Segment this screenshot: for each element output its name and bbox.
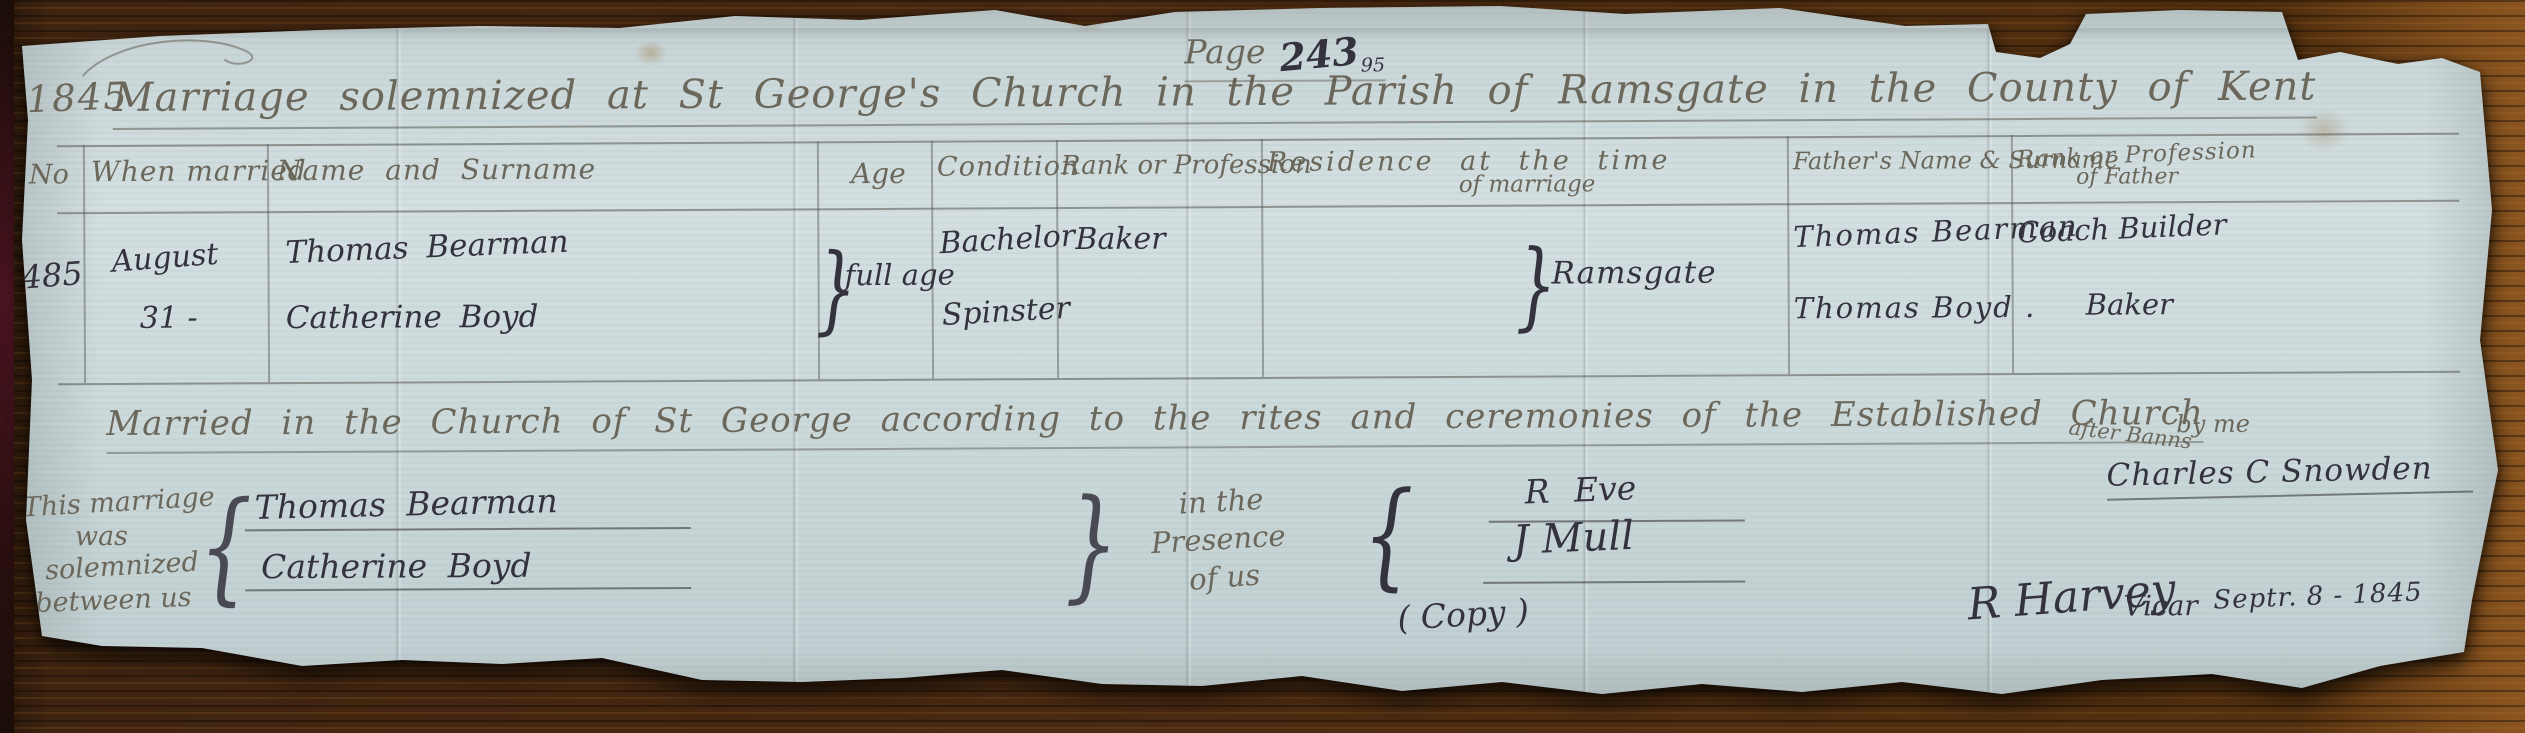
father-rank-bride: Baker: [2086, 289, 2173, 321]
bride-name: Catherine Boyd: [286, 300, 539, 335]
column-header-father-rank: Rank or Profession of Father: [2017, 143, 2237, 191]
witness2-signature: J Mull: [1512, 514, 1635, 563]
page-label: Page: [1184, 34, 1265, 71]
page-number-suffix: 95: [1361, 55, 1385, 76]
entry-number: 485: [20, 256, 84, 296]
signature-line: [245, 587, 691, 591]
age-value: full age: [844, 260, 954, 292]
copy-date: Septr. 8 - 1845: [2213, 578, 2423, 615]
attestation-label-line3: solemnized: [44, 548, 199, 586]
paper-sheet: 1845 Marriage solemnized at St George's …: [0, 0, 2525, 733]
vicar-title: Vicar: [2123, 591, 2198, 622]
table-line: [58, 371, 2460, 386]
bride-signature: Catherine Boyd: [261, 548, 532, 586]
attestation-label-line2: was: [75, 522, 128, 552]
column-header-condition: Condition: [937, 152, 1080, 182]
father-rank-groom: Coach Builder: [2017, 209, 2227, 249]
signature-line: [245, 527, 691, 531]
father-name-bride: Thomas Boyd .: [1794, 292, 2037, 325]
presence-line2: Presence: [1150, 520, 1286, 560]
marriage-register-page: 1845 Marriage solemnized at St George's …: [0, 0, 2525, 733]
when-married-day: 31 -: [140, 302, 198, 335]
groom-name: Thomas Bearman: [285, 225, 569, 270]
by-me-note: by me: [2176, 411, 2250, 438]
column-header-residence: Residence at the time of marriage: [1267, 145, 1787, 199]
column-header-age: Age: [851, 159, 906, 190]
ceremony-statement: Married in the Church of St George accor…: [106, 395, 2204, 454]
presence-line1: in the: [1178, 484, 1264, 521]
when-married-month: August: [110, 238, 219, 279]
copy-note: ( Copy ): [1396, 593, 1529, 637]
rank-profession-value: Baker: [1075, 222, 1165, 255]
column-header-when-married: When married: [91, 156, 307, 188]
condition-groom: Bachelor: [939, 219, 1076, 260]
groom-signature: Thomas Bearman: [254, 483, 558, 526]
attestation-label-line4: between us: [35, 583, 192, 619]
condition-bride: Spinster: [941, 292, 1071, 332]
column-header-no: No: [29, 160, 69, 190]
residence-value: Ramsgate: [1551, 256, 1716, 291]
presence-line3: of us: [1188, 560, 1261, 597]
attestation-label-line1: This marriage: [22, 482, 215, 523]
table-line: [83, 145, 86, 383]
page-number-group: Page 243 95: [1184, 33, 1385, 82]
witness-brace-icon: {: [1363, 477, 1415, 593]
witness1-signature: R Eve: [1524, 470, 1637, 511]
column-header-name-surname: Name and Surname: [277, 154, 596, 186]
page-number: 243: [1278, 30, 1361, 79]
register-content: 1845 Marriage solemnized at St George's …: [0, 0, 2525, 733]
officiant-signature: Charles C Snowden: [2106, 450, 2473, 500]
couple-close-brace-icon: }: [1065, 483, 1119, 605]
residence-brace-icon: }: [1515, 238, 1556, 334]
table-line: [1787, 136, 1790, 374]
signature-line: [1483, 580, 1745, 583]
